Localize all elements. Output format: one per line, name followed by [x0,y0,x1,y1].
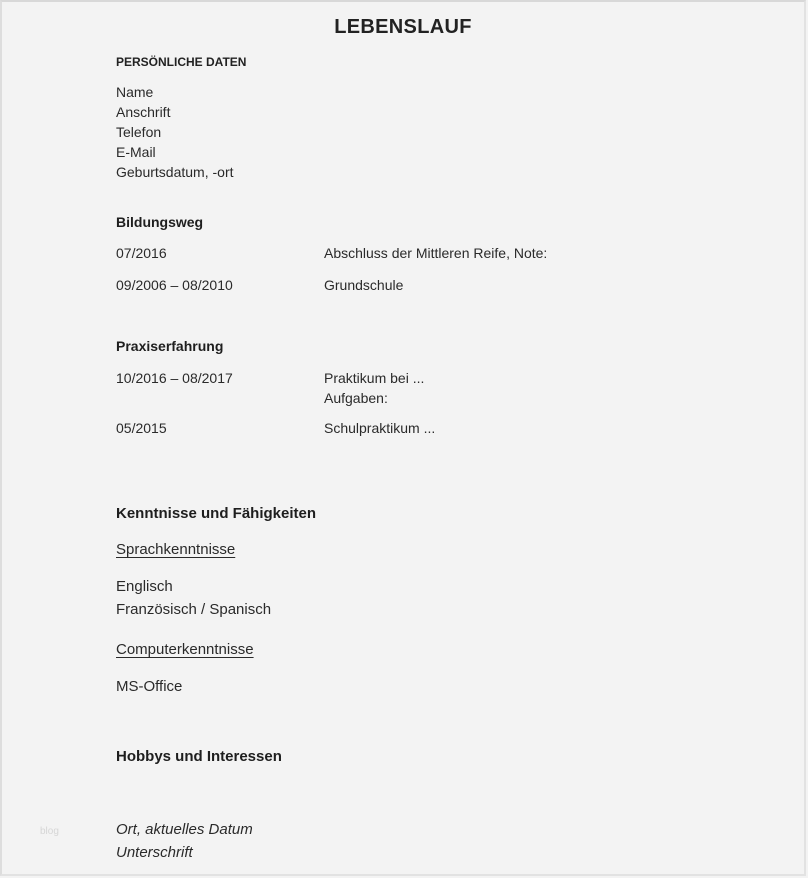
experience-entry-desc: Schulpraktikum ... [324,418,435,438]
document-title: LEBENSLAUF [2,16,804,39]
experience-entry-desc: Praktikum bei ... Aufgaben: [324,368,424,408]
experience-entry-line: Praktikum bei ... [324,368,424,388]
education-heading: Bildungsweg [116,214,203,230]
signature-line: Unterschrift [116,841,253,864]
signature-block: Ort, aktuelles Datum Unterschrift [116,818,253,864]
experience-entry-line: Aufgaben: [324,388,424,408]
field-name: Name [116,82,234,102]
hobbies-heading: Hobbys und Interessen [116,748,282,765]
languages-subheading: Sprachkenntnisse [116,538,235,561]
languages-list: Englisch Französisch / Spanisch [116,575,271,621]
field-phone: Telefon [116,122,234,142]
language-item: Englisch [116,575,271,598]
field-address: Anschrift [116,102,234,122]
experience-entry-date: 10/2016 – 08/2017 [116,368,233,388]
education-entry-desc: Grundschule [324,275,403,295]
computer-subheading: Computerkenntnisse [116,638,254,661]
place-date: Ort, aktuelles Datum [116,818,253,841]
cv-page: LEBENSLAUF PERSÖNLICHE DATEN Name Anschr… [0,0,806,876]
experience-heading: Praxiserfahrung [116,338,223,354]
language-item: Französisch / Spanisch [116,598,271,621]
watermark: blog [40,826,59,837]
experience-entry-date: 05/2015 [116,418,167,438]
education-entry-desc: Abschluss der Mittleren Reife, Note: [324,243,547,263]
personal-data-heading: PERSÖNLICHE DATEN [116,55,246,69]
document-title-text: LEBENSLAUF [334,16,471,38]
personal-data-fields: Name Anschrift Telefon E-Mail Geburtsdat… [116,82,234,182]
field-birth: Geburtsdatum, -ort [116,162,234,182]
education-entry-date: 09/2006 – 08/2010 [116,275,233,295]
education-entry-date: 07/2016 [116,243,167,263]
field-email: E-Mail [116,142,234,162]
computer-item: MS-Office [116,675,182,698]
skills-heading: Kenntnisse und Fähigkeiten [116,505,316,522]
